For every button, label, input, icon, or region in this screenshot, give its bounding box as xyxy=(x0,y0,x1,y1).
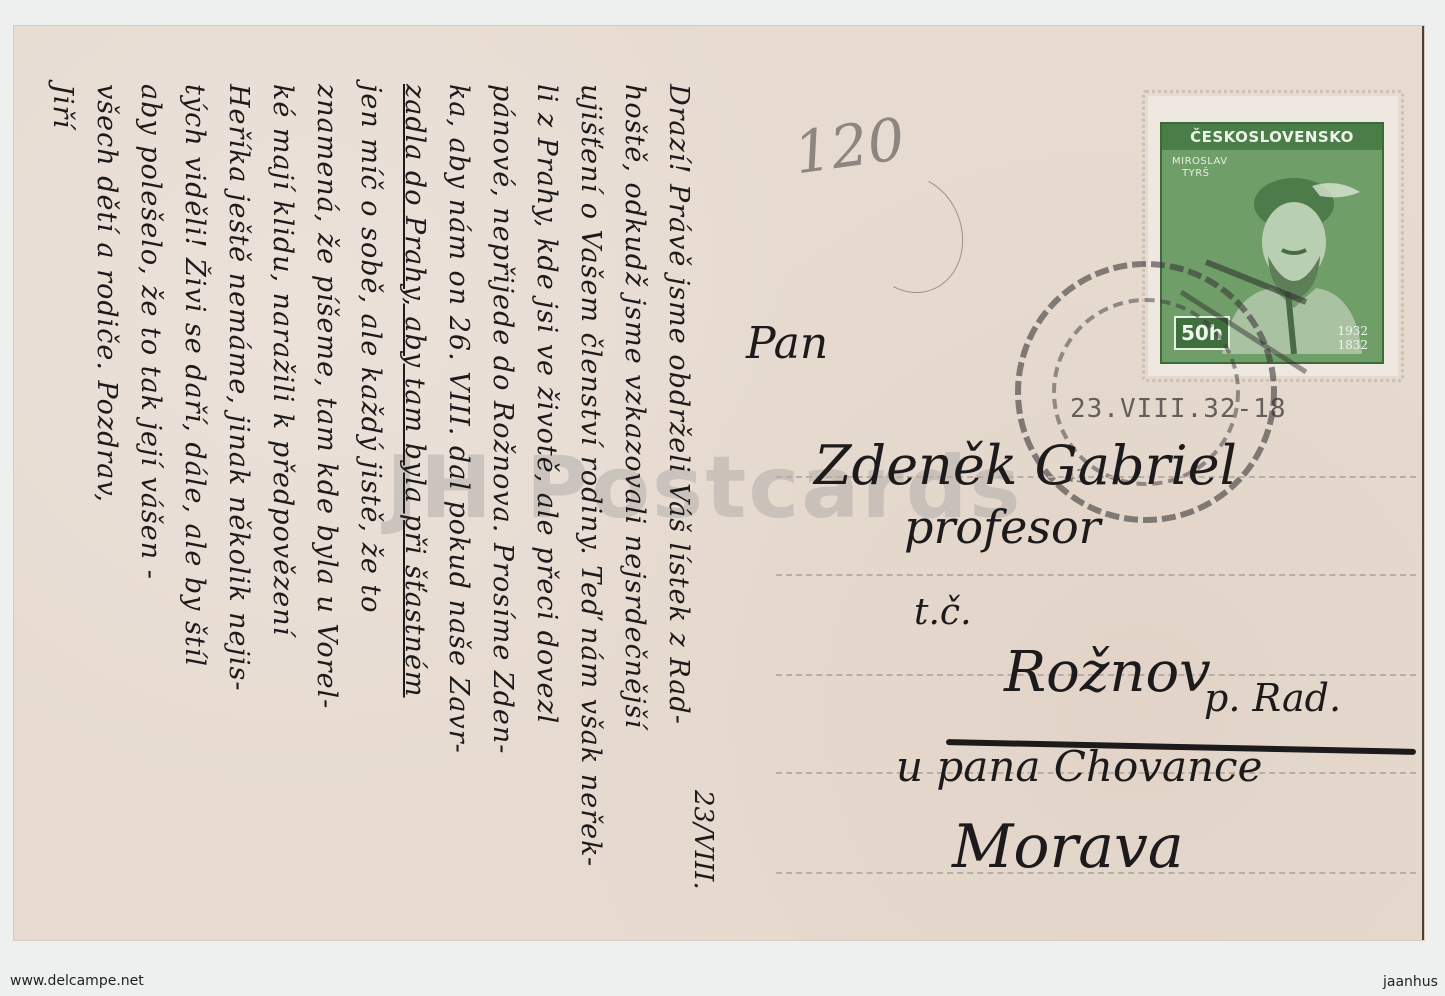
message-line: jen míč o sobě, ale každý jistě, že to xyxy=(355,84,386,613)
message-date: 23/VIII. xyxy=(688,790,718,890)
pencil-arc xyxy=(843,160,980,308)
address-city-suffix: p. Rad. xyxy=(1204,676,1341,720)
address-line-2 xyxy=(776,574,1416,576)
message-line: Jiří xyxy=(47,84,78,129)
message-line: všech dětí a rodiče. Pozdrav, xyxy=(91,84,122,503)
postcard-back: JH Postcards Drazí! Právě jsme obdrželi … xyxy=(14,26,1424,940)
source-credit: www.delcampe.net xyxy=(10,973,144,989)
postmark-date: 23.VIII.32-18 xyxy=(1070,394,1287,424)
address-recipient-name: Zdeněk Gabriel xyxy=(814,434,1237,497)
address-region: Morava xyxy=(952,812,1184,882)
message-column: Drazí! Právě jsme obdrželi Váš lístek z … xyxy=(14,66,734,936)
stamp-value: 50h xyxy=(1174,316,1230,350)
message-line: zadla do Prahy, aby tam byla při šťastné… xyxy=(399,84,430,698)
address-city: Rožnov xyxy=(1004,640,1211,705)
address-care-of: u pana Chovance xyxy=(896,742,1262,791)
message-line: pánové, nepřijede do Rožnova. Prosíme Zd… xyxy=(487,84,518,754)
address-recipient-title: profesor xyxy=(904,500,1101,554)
message-line: Heříka ještě nemáme, jinak několik nejis… xyxy=(223,84,254,692)
address-salutation: Pan xyxy=(746,318,828,369)
address-title-abbrev: t.č. xyxy=(914,592,972,633)
pencil-mark: 120 xyxy=(790,105,909,188)
stamp-country: ČESKOSLOVENSKO xyxy=(1162,124,1382,150)
message-line: Drazí! Právě jsme obdrželi Váš lístek z … xyxy=(663,84,694,725)
message-line: hoště, odkudž jsme vzkazovali nejsrdečně… xyxy=(619,84,650,729)
message-line: ka, aby nám on 26. VIII. dal pokud naše … xyxy=(443,84,474,754)
stamp-year-upper: 1932 xyxy=(1337,324,1368,338)
message-line: ké mají klidu, naražili k předpovězení xyxy=(267,84,298,636)
message-line: aby polešelo, že to tak její vášen - xyxy=(135,84,166,580)
seller-credit: jaanhus xyxy=(1383,974,1438,990)
stamp-year-lower: 1832 xyxy=(1337,338,1368,352)
message-line: znamená, že píšeme, tam kde byla u Vorel… xyxy=(311,84,342,709)
message-line: tých viděli! Živi se daří, dále, ale by … xyxy=(179,84,210,667)
message-line: ujišťení o Vašem členství rodiny. Teď ná… xyxy=(575,84,606,867)
stamp-face: ČESKOSLOVENSKO MIROSLAV TYRŠ 50h 1932 18… xyxy=(1160,122,1384,364)
stamp-years: 1932 1832 xyxy=(1337,324,1368,352)
message-line: li z Prahy, kde jsi ve životě, ale přeci… xyxy=(531,84,562,724)
postage-stamp: ČESKOSLOVENSKO MIROSLAV TYRŠ 50h 1932 18… xyxy=(1148,96,1398,376)
